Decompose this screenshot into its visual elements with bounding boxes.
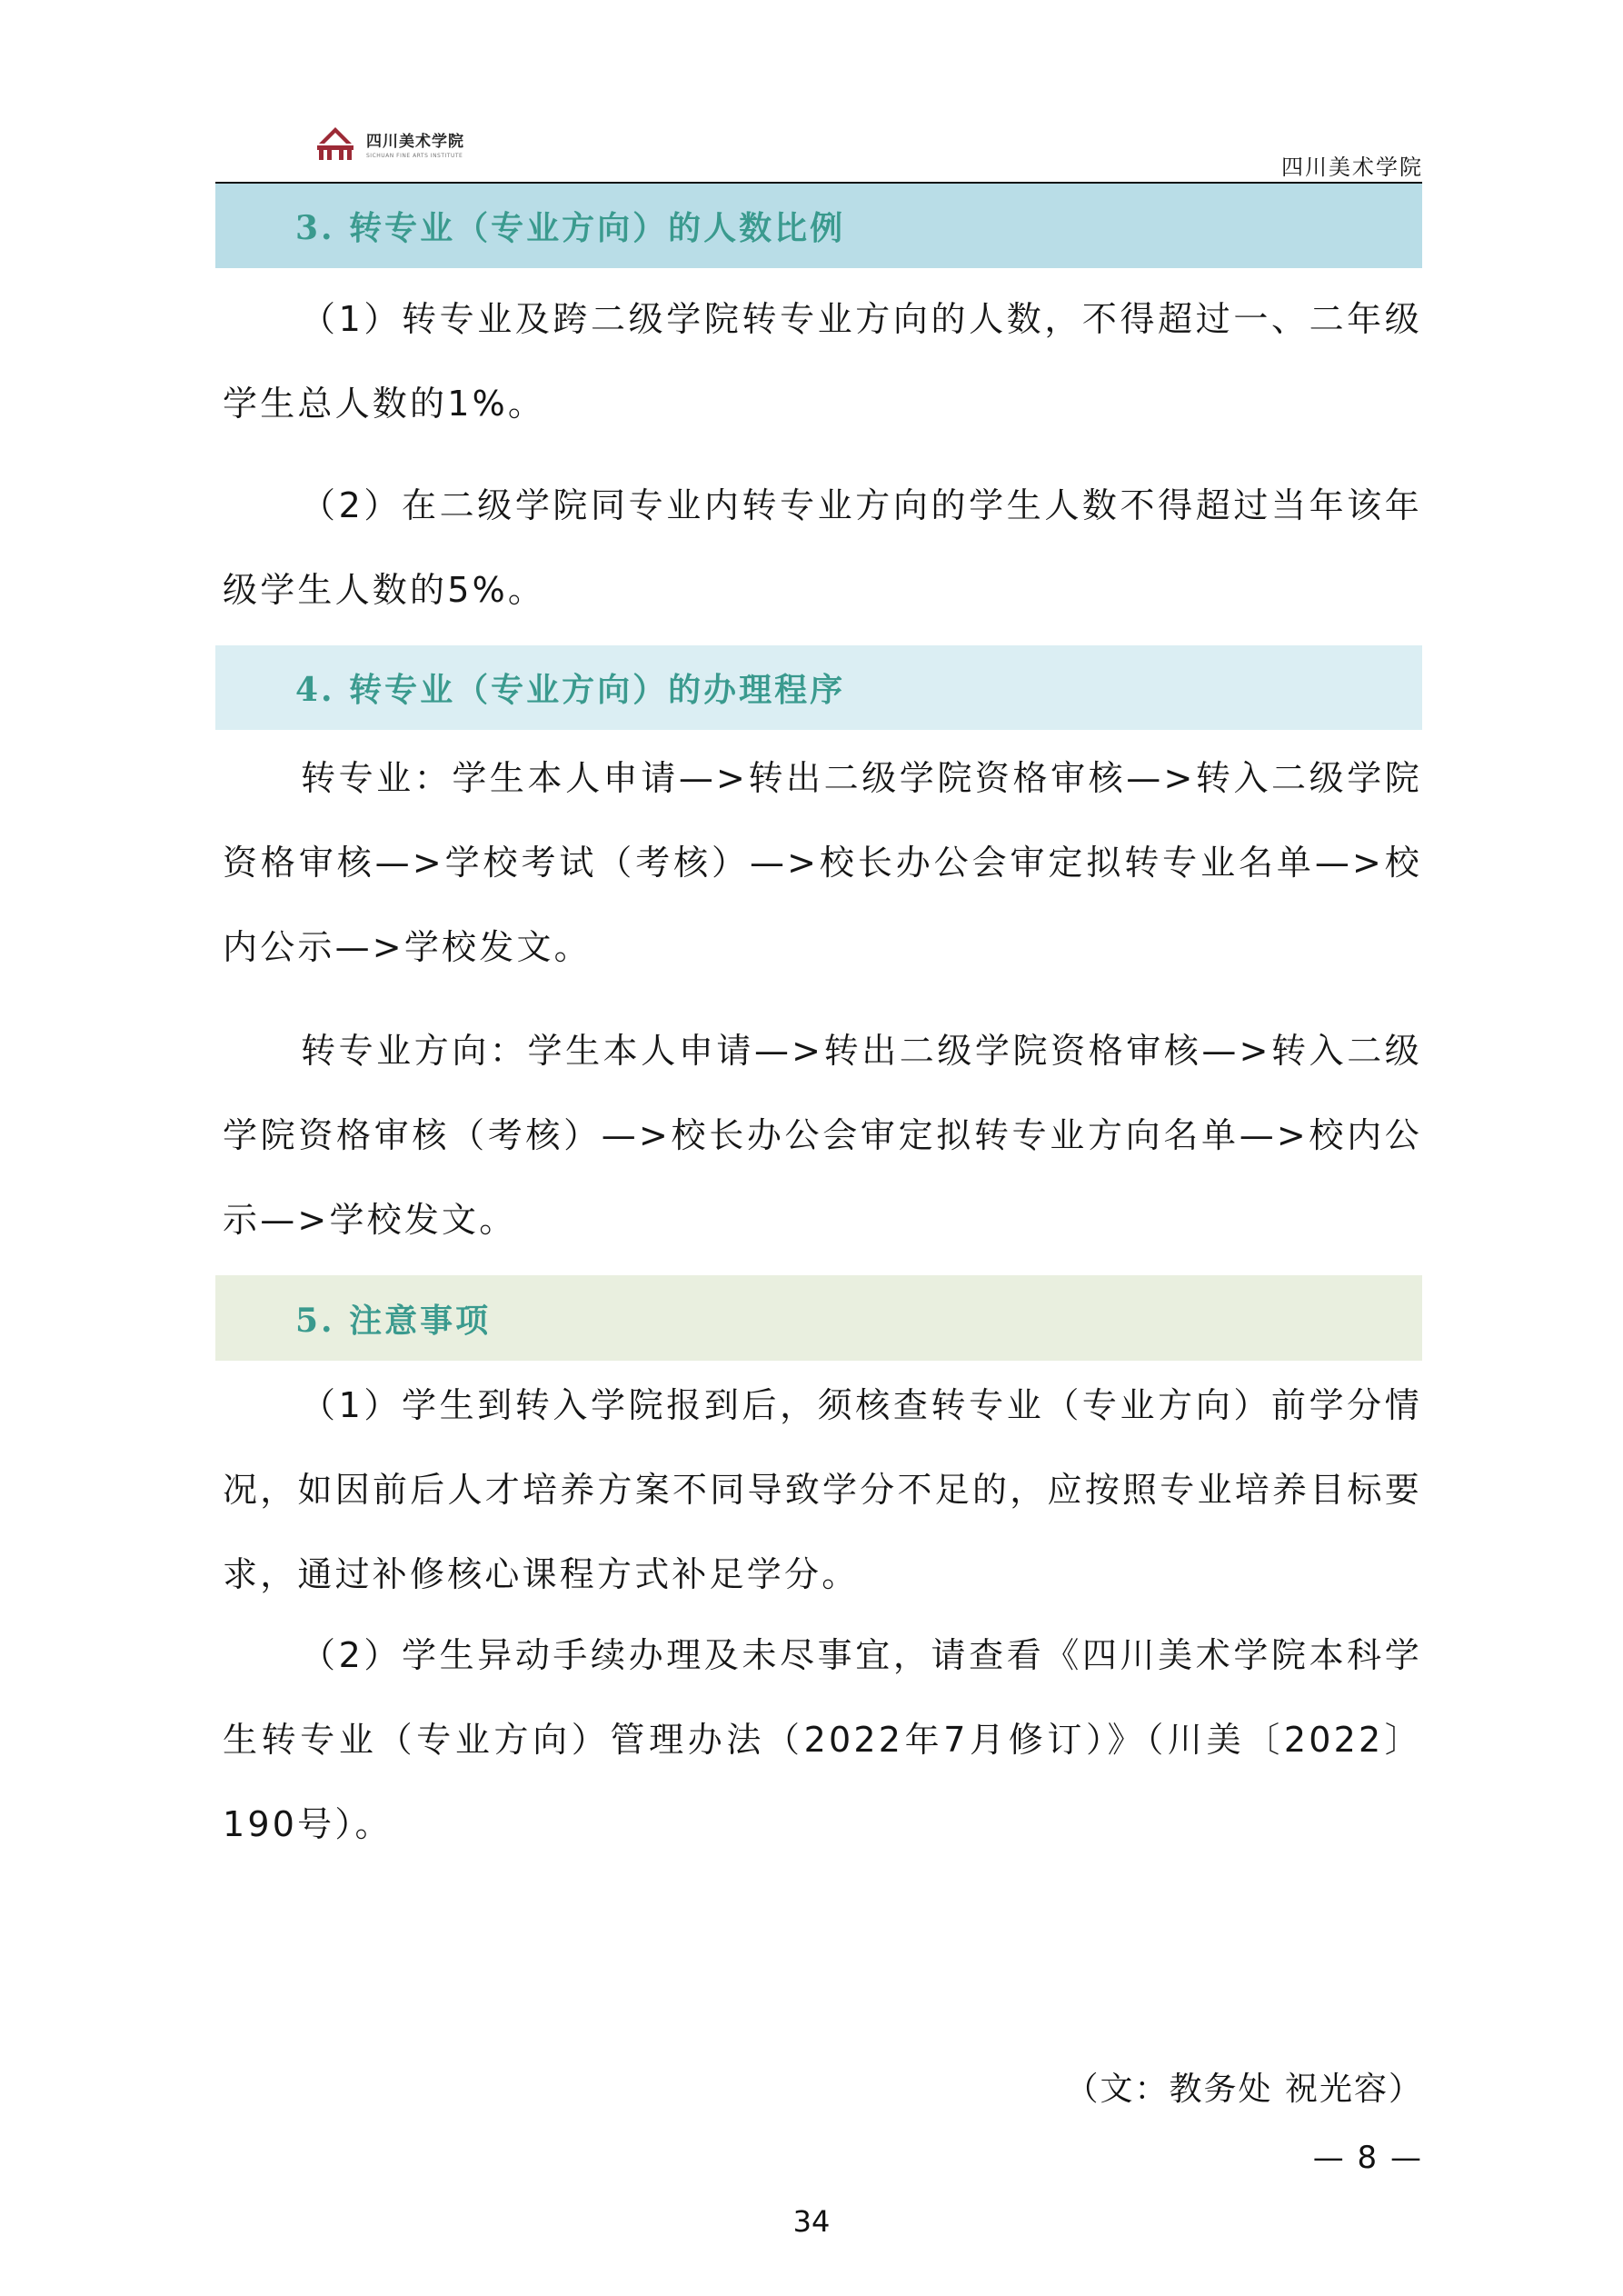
building-gate-icon [314, 125, 357, 162]
section-5-paragraph-2: （2）学生异动手续办理及未尽事宜，请查看《四川美术学院本科学生转专业（专业方向）… [223, 1613, 1422, 1867]
section-3-paragraph-2: （2）在二级学院同专业内转专业方向的学生人数不得超过当年该年级学生人数的5%。 [223, 464, 1422, 633]
section-heading-bar-3: 3. 转专业（专业方向）的人数比例 [215, 184, 1422, 268]
folio-number: 34 [0, 2204, 1623, 2239]
school-logo: 四川美术学院 SICHUAN FINE ARTS INSTITUTE [314, 125, 464, 162]
section-3-paragraph-1: （1）转专业及跨二级学院转专业方向的人数，不得超过一、二年级学生总人数的1%。 [223, 277, 1422, 446]
logo-english-name: SICHUAN FINE ARTS INSTITUTE [366, 153, 464, 159]
section-5-paragraph-1: （1）学生到转入学院报到后，须核查转专业（专业方向）前学分情况，如因前后人才培养… [223, 1363, 1422, 1617]
section-heading-5: 5. 注意事项 [295, 1295, 491, 1342]
section-heading-bar-4: 4. 转专业（专业方向）的办理程序 [215, 645, 1422, 730]
author-byline: （文：教务处 祝光容） [1066, 2063, 1423, 2110]
logo-chinese-name: 四川美术学院 [366, 128, 464, 151]
section-4-paragraph-1: 转专业：学生本人申请—>转出二级学院资格审核—>转入二级学院资格审核—>学校考试… [223, 736, 1422, 990]
section-heading-4: 4. 转专业（专业方向）的办理程序 [295, 664, 845, 711]
page-number: — 8 — [1313, 2140, 1423, 2176]
section-4-paragraph-2: 转专业方向：学生本人申请—>转出二级学院资格审核—>转入二级学院资格审核（考核）… [223, 1009, 1422, 1263]
running-header-institution: 四川美术学院 [1281, 149, 1423, 181]
section-heading-bar-5: 5. 注意事项 [215, 1275, 1422, 1361]
section-heading-3: 3. 转专业（专业方向）的人数比例 [295, 203, 845, 249]
